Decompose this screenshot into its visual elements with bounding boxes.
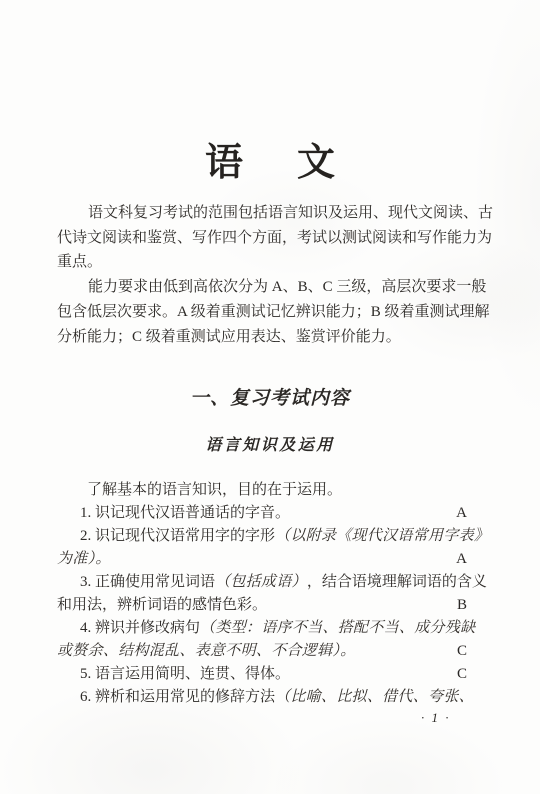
list-item: 4. 辨识并修改病句 （类型：语序不当、搭配不当、成分残缺 xyxy=(57,617,495,640)
list-item: 5. 语言运用简明、连贯、得体。 C xyxy=(57,663,495,686)
section-heading: 一、复习考试内容 xyxy=(0,383,540,410)
line-text: 能力要求由低到高依次分为 A、B、C 三级，高层次要求一般 xyxy=(88,275,486,300)
text-line: 分析能力；C 级着重测试应用表达、鉴赏评价能力。 xyxy=(57,325,495,350)
line-text-kaiti: （包括成语） xyxy=(215,571,307,594)
list-item: 2. 识记现代汉语常用字的字形 （以附录《现代汉语常用字表》 xyxy=(57,525,495,548)
line-text: 包含低层次要求。A 级着重测试记忆辨识能力；B 级着重测试理解 xyxy=(57,300,490,325)
line-text-kaiti: （比喻、比拟、借代、夸张、 xyxy=(275,686,474,709)
list-item: 3. 正确使用常见词语 （包括成语） ，结合语境理解词语的含义 xyxy=(57,571,495,594)
text-line: 能力要求由低到高依次分为 A、B、C 三级，高层次要求一般 xyxy=(57,275,495,300)
line-text: 重点。 xyxy=(57,250,102,275)
page-title-char-1: 语 xyxy=(205,131,243,186)
grade-badge: C xyxy=(457,663,495,686)
text-line: 包含低层次要求。A 级着重测试记忆辨识能力；B 级着重测试理解 xyxy=(57,300,495,325)
text-line: 语文科复习考试的范围包括语言知识及运用、现代文阅读、古 xyxy=(57,201,495,226)
list-item-continuation: 或赘余、结构混乱、表意不明、不合逻辑）。 C xyxy=(57,640,495,663)
line-text: 5. 语言运用简明、连贯、得体。 xyxy=(80,663,290,686)
grade-badge: B xyxy=(457,594,495,617)
grade-badge: A xyxy=(456,548,495,571)
line-text: 语文科复习考试的范围包括语言知识及运用、现代文阅读、古 xyxy=(88,201,493,226)
line-text: 3. 正确使用常见词语 xyxy=(80,571,215,594)
line-text-kaiti: 或赘余、结构混乱、表意不明、不合逻辑）。 xyxy=(57,640,356,663)
line-text: 和用法，辨析词语的感情色彩。 xyxy=(57,594,267,617)
list-item-continuation: 和用法，辨析词语的感情色彩。 B xyxy=(57,594,495,617)
line-text-kaiti: （类型：语序不当、搭配不当、成分残缺 xyxy=(200,617,475,640)
list-item: 6. 辨析和运用常见的修辞方法 （比喻、比拟、借代、夸张、 xyxy=(57,686,495,709)
text-line: 代诗文阅读和鉴赏、写作四个方面，考试以测试阅读和写作能力为 xyxy=(57,226,495,251)
list-item: 1. 识记现代汉语普通话的字音。 A xyxy=(57,502,495,525)
page-title: 语 文 xyxy=(0,131,540,186)
text-line: 了解基本的语言知识，目的在于运用。 xyxy=(57,479,495,502)
list-item-continuation: 为准）。 A xyxy=(57,548,495,571)
line-text: 6. 辨析和运用常见的修辞方法 xyxy=(80,686,275,709)
subsection-heading: 语言知识及运用 xyxy=(0,432,540,455)
line-text-kaiti: （以附录《现代汉语常用字表》 xyxy=(275,525,489,548)
line-text: ，结合语境理解词语的含义 xyxy=(307,571,487,594)
page-title-char-2: 文 xyxy=(297,131,335,186)
line-text: 了解基本的语言知识，目的在于运用。 xyxy=(87,479,342,502)
text-line: 重点。 xyxy=(57,250,495,275)
line-text: 分析能力；C 级着重测试应用表达、鉴赏评价能力。 xyxy=(57,325,401,350)
line-text-kaiti: 为准）。 xyxy=(57,548,111,571)
page-number: · 1 · xyxy=(421,710,451,726)
line-text: 1. 识记现代汉语普通话的字音。 xyxy=(80,502,290,525)
requirement-list: 了解基本的语言知识，目的在于运用。 1. 识记现代汉语普通话的字音。 A 2. … xyxy=(57,479,495,709)
scanned-book-page: 语 文 语文科复习考试的范围包括语言知识及运用、现代文阅读、古 代诗文阅读和鉴赏… xyxy=(0,0,540,794)
intro-paragraphs: 语文科复习考试的范围包括语言知识及运用、现代文阅读、古 代诗文阅读和鉴赏、写作四… xyxy=(57,201,495,349)
grade-badge: A xyxy=(456,502,495,525)
line-text: 代诗文阅读和鉴赏、写作四个方面，考试以测试阅读和写作能力为 xyxy=(57,226,492,251)
line-text: 2. 识记现代汉语常用字的字形 xyxy=(80,525,275,548)
line-text: 4. 辨识并修改病句 xyxy=(80,617,200,640)
grade-badge: C xyxy=(457,640,495,663)
